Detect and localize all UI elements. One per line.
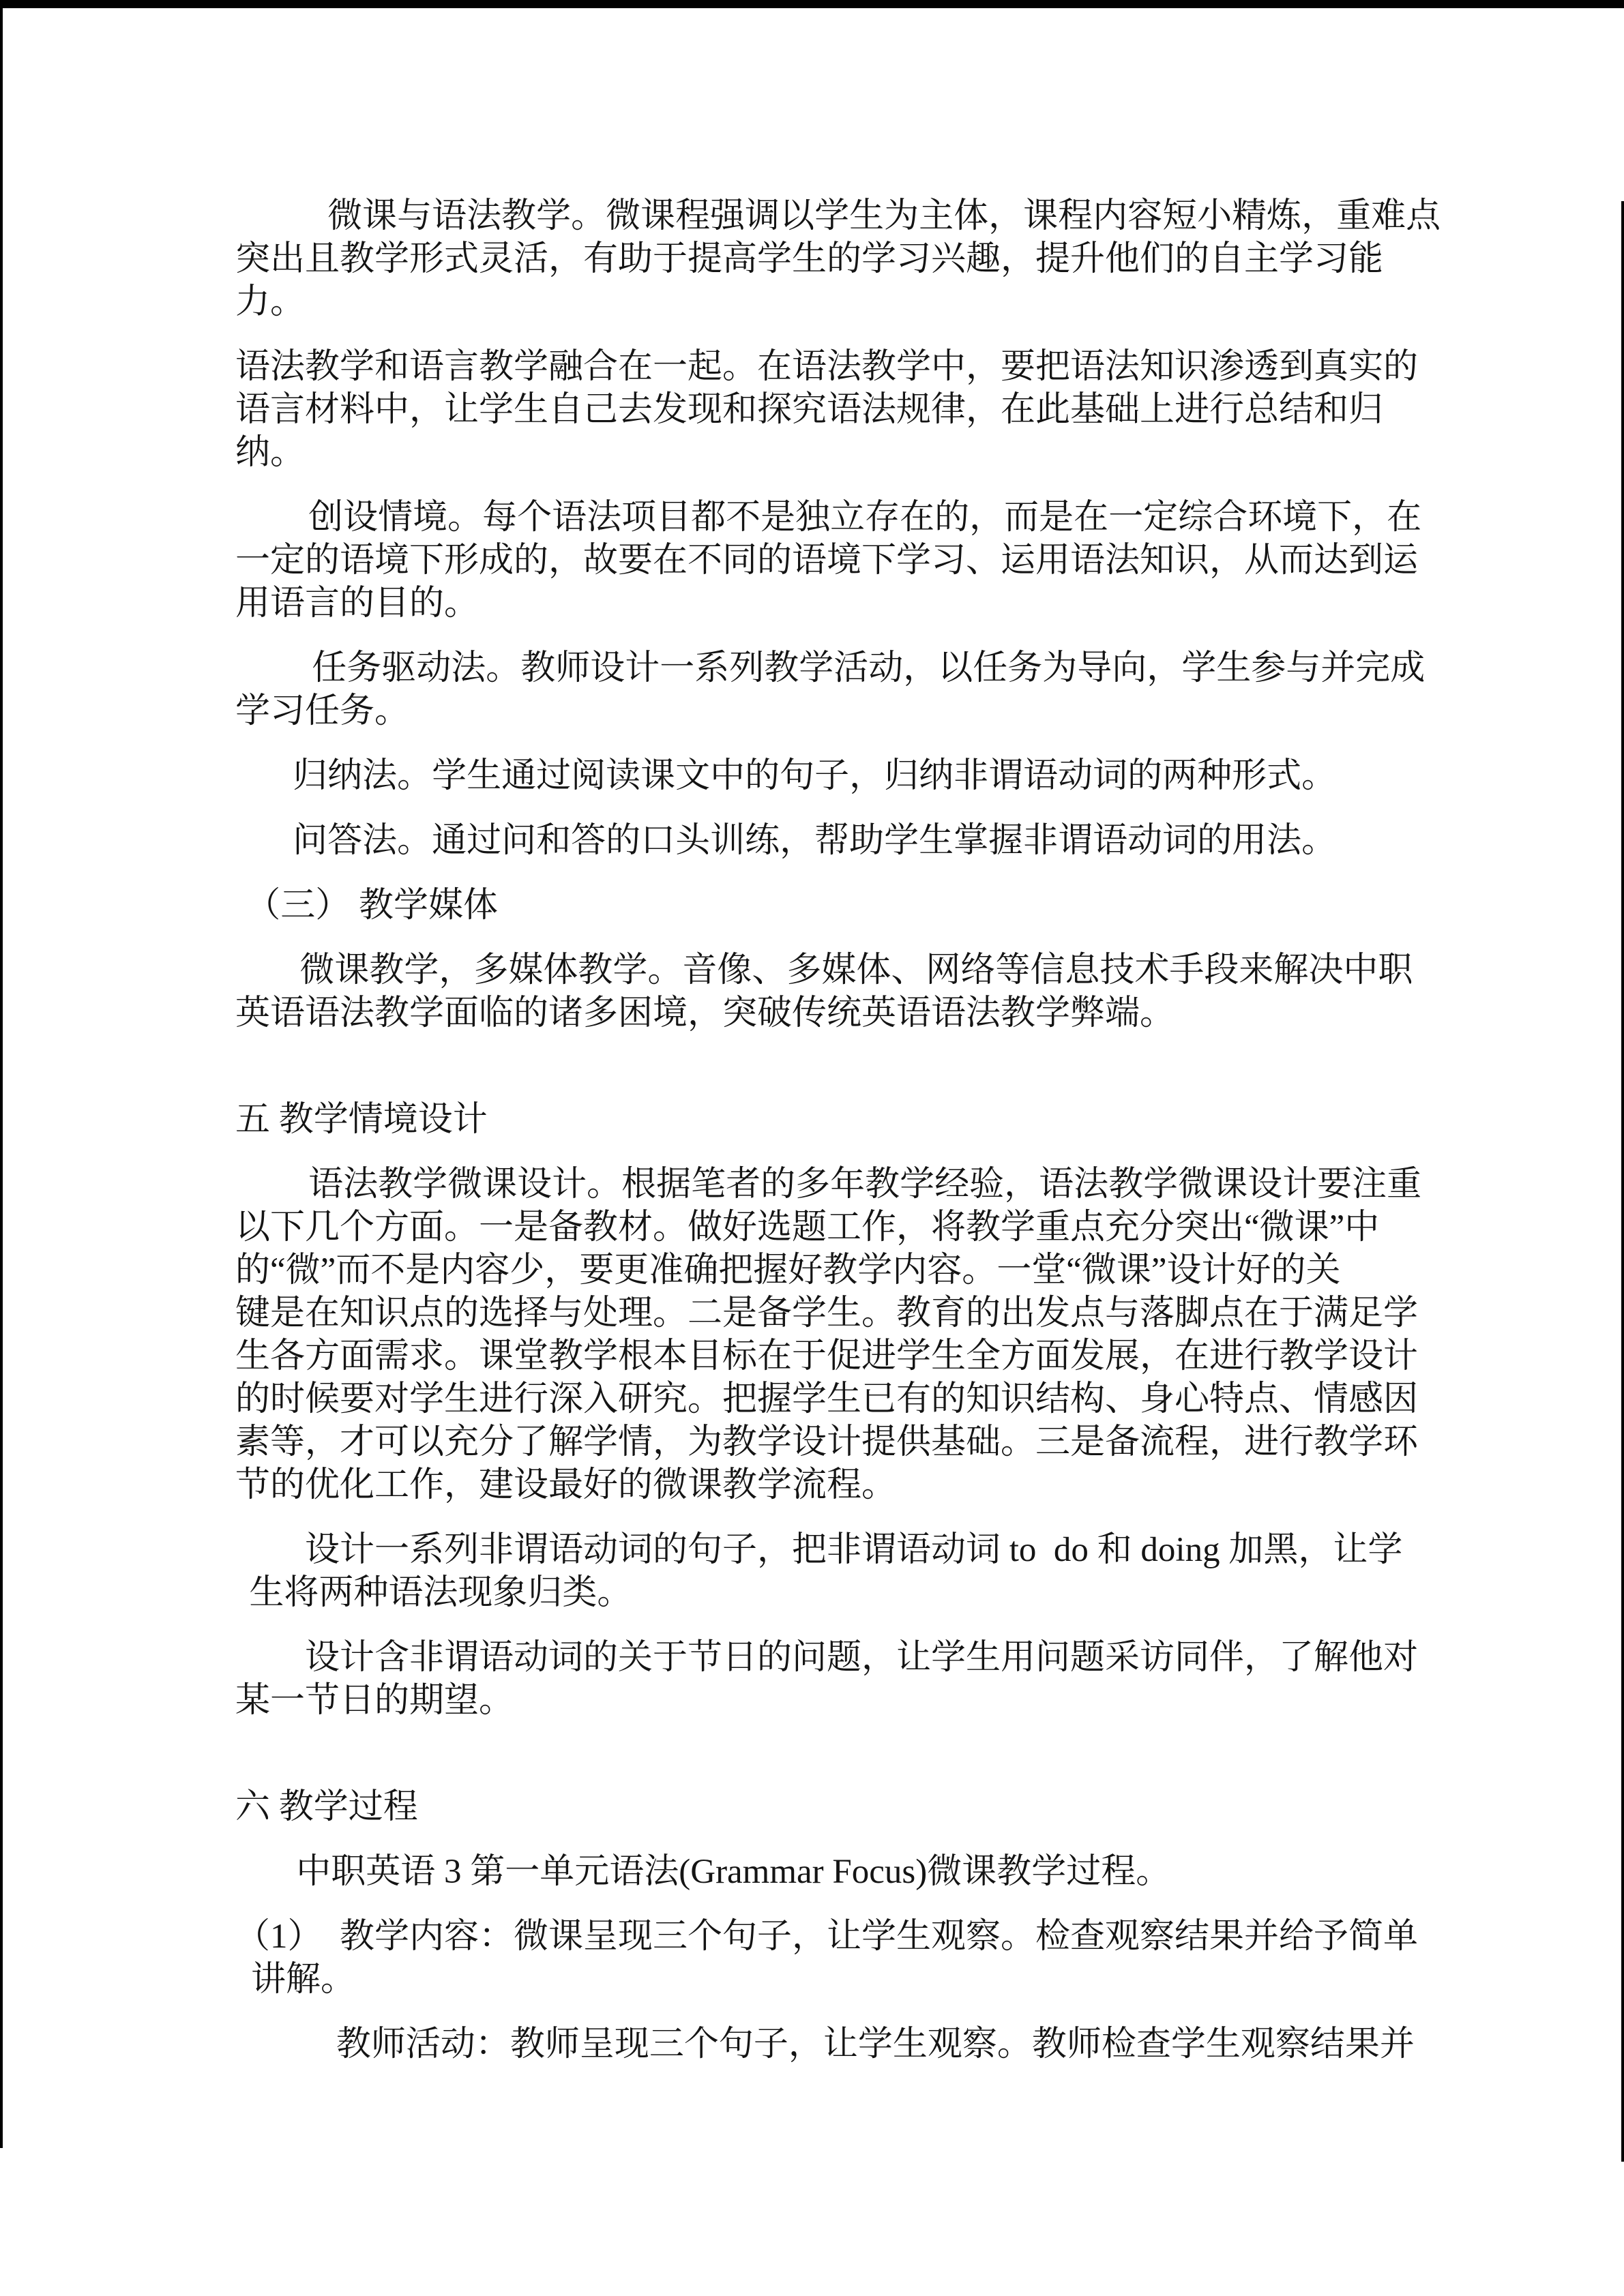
text-line: 一定的语境下形成的，故要在不同的语境下学习、运用语法知识，从而达到运 xyxy=(235,539,1406,582)
text-line: 创设情境。每个语法项目都不是独立存在的，而是在一定综合环境下，在 xyxy=(235,496,1406,539)
paragraph: 创设情境。每个语法项目都不是独立存在的，而是在一定综合环境下，在一定的语境下形成… xyxy=(235,496,1406,625)
text-line: 突出且教学形式灵活，有助于提高学生的学习兴趣，提升他们的自主学习能 xyxy=(235,238,1406,281)
section-heading: （三） 教学媒体 xyxy=(235,884,1406,927)
heading-line: （三） 教学媒体 xyxy=(235,884,1406,927)
text-line: 英语语法教学面临的诸多困境，突破传统英语语法教学弊端。 xyxy=(235,992,1406,1035)
text-line: 设计含非谓语动词的关于节日的问题，让学生用问题采访同伴，了解他对 xyxy=(235,1637,1406,1680)
text-line: 键是在知识点的选择与处理。二是备学生。教育的出发点与落脚点在于满足学 xyxy=(235,1292,1406,1335)
text-line: 教师活动：教师呈现三个句子，让学生观察。教师检查学生观察结果并 xyxy=(235,2023,1406,2066)
scanned-document: { "page": { "background_color": "#ffffff… xyxy=(0,0,1624,2296)
text-line: 语言材料中，让学生自己去发现和探究语法规律，在此基础上进行总结和归 xyxy=(235,389,1406,432)
heading-line: 六 教学过程 xyxy=(235,1786,1406,1829)
text-line: 问答法。通过问和答的口头训练，帮助学生掌握非谓语动词的用法。 xyxy=(235,820,1406,863)
text-line: 节的优化工作，建设最好的微课教学流程。 xyxy=(235,1464,1406,1507)
section-heading: 五 教学情境设计 xyxy=(235,1099,1406,1142)
paragraph: 设计一系列非谓语动词的句子，把非谓语动词 to do 和 doing 加黑，让学… xyxy=(235,1529,1406,1615)
text-line: 素等，才可以充分了解学情，为教学设计提供基础。三是备流程，进行教学环 xyxy=(235,1421,1406,1464)
text-line: 学习任务。 xyxy=(235,690,1406,733)
paragraph: 设计含非谓语动词的关于节日的问题，让学生用问题采访同伴，了解他对某一节日的期望。 xyxy=(235,1637,1406,1723)
text-line: 语法教学微课设计。根据笔者的多年教学经验，语法教学微课设计要注重 xyxy=(235,1163,1406,1206)
paragraph: 微课与语法教学。微课程强调以学生为主体，课程内容短小精炼，重难点突出且教学形式灵… xyxy=(235,195,1406,324)
text-line: 某一节日的期望。 xyxy=(235,1680,1406,1723)
text-line: 任务驱动法。教师设计一系列教学活动，以任务为导向，学生参与并完成 xyxy=(235,647,1406,690)
document-page: 微课与语法教学。微课程强调以学生为主体，课程内容短小精炼，重难点突出且教学形式灵… xyxy=(235,195,1406,2088)
paragraph: 语法教学微课设计。根据笔者的多年教学经验，语法教学微课设计要注重以下几个方面。一… xyxy=(235,1163,1406,1507)
text-line: 归纳法。学生通过阅读课文中的句子，归纳非谓语动词的两种形式。 xyxy=(235,755,1406,798)
text-line: 的时候要对学生进行深入研究。把握学生已有的知识结构、身心特点、情感因 xyxy=(235,1378,1406,1421)
heading-line: 五 教学情境设计 xyxy=(235,1099,1406,1142)
text-line: 的“微”而不是内容少，要更准确把握好教学内容。一堂“微课”设计好的关 xyxy=(235,1249,1406,1292)
section-heading: 六 教学过程 xyxy=(235,1786,1406,1829)
text-line: 设计一系列非谓语动词的句子，把非谓语动词 to do 和 doing 加黑，让学 xyxy=(235,1529,1406,1572)
text-line: 微课与语法教学。微课程强调以学生为主体，课程内容短小精炼，重难点 xyxy=(235,195,1406,238)
text-line: 讲解。 xyxy=(235,1958,1406,2001)
paragraph: （1） 教学内容：微课呈现三个句子，让学生观察。检查观察结果并给予简单讲解。 xyxy=(235,1915,1406,2001)
scan-edge-right xyxy=(1621,201,1624,2162)
scan-edge-top xyxy=(0,0,1624,8)
paragraph: 教师活动：教师呈现三个句子，让学生观察。教师检查学生观察结果并 xyxy=(235,2023,1406,2066)
text-line: 语法教学和语言教学融合在一起。在语法教学中，要把语法知识渗透到真实的 xyxy=(235,346,1406,389)
text-line: 力。 xyxy=(235,281,1406,324)
paragraph: 微课教学，多媒体教学。音像、多媒体、网络等信息技术手段来解决中职英语语法教学面临… xyxy=(235,949,1406,1035)
scan-edge-left xyxy=(0,0,3,2148)
paragraph: 中职英语 3 第一单元语法(Grammar Focus)微课教学过程。 xyxy=(235,1851,1406,1894)
text-line: 以下几个方面。一是备教材。做好选题工作，将教学重点充分突出“微课”中 xyxy=(235,1206,1406,1249)
text-line: 纳。 xyxy=(235,432,1406,475)
paragraph: 语法教学和语言教学融合在一起。在语法教学中，要把语法知识渗透到真实的语言材料中，… xyxy=(235,346,1406,475)
paragraph: 归纳法。学生通过阅读课文中的句子，归纳非谓语动词的两种形式。 xyxy=(235,755,1406,798)
text-line: 中职英语 3 第一单元语法(Grammar Focus)微课教学过程。 xyxy=(235,1851,1406,1894)
paragraph: 问答法。通过问和答的口头训练，帮助学生掌握非谓语动词的用法。 xyxy=(235,820,1406,863)
text-line: 微课教学，多媒体教学。音像、多媒体、网络等信息技术手段来解决中职 xyxy=(235,949,1406,992)
text-line: 生各方面需求。课堂教学根本目标在于促进学生全方面发展，在进行教学设计 xyxy=(235,1335,1406,1378)
text-line: 生将两种语法现象归类。 xyxy=(235,1572,1406,1615)
paragraph: 任务驱动法。教师设计一系列教学活动，以任务为导向，学生参与并完成学习任务。 xyxy=(235,647,1406,733)
text-line: 用语言的目的。 xyxy=(235,582,1406,625)
text-line: （1） 教学内容：微课呈现三个句子，让学生观察。检查观察结果并给予简单 xyxy=(235,1915,1406,1958)
